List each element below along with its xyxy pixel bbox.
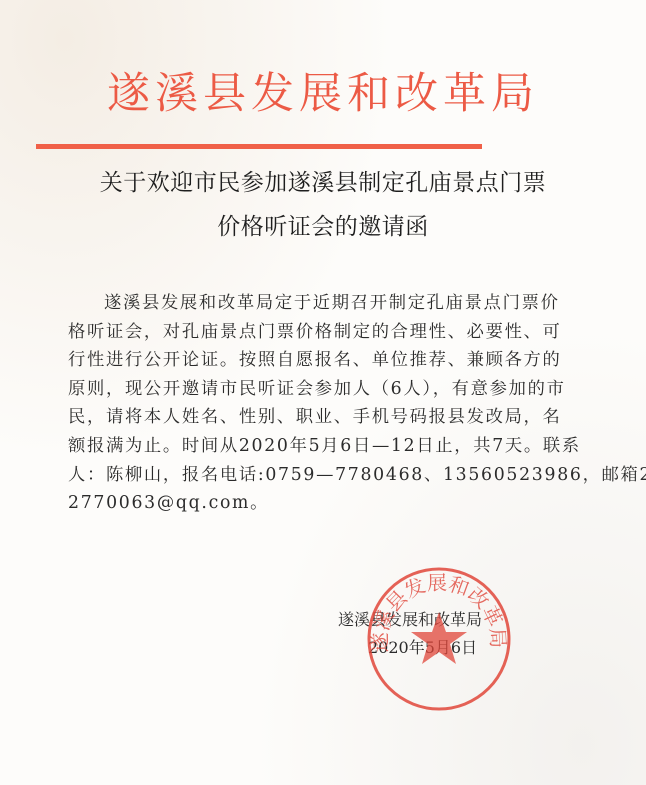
- body-line: 2770063@qq.com。: [68, 489, 538, 518]
- document-title-line-2: 价格听证会的邀请函: [0, 210, 646, 244]
- signature-block: 遂溪县发展和改革局 2020年5月6日: [338, 606, 482, 662]
- signature-org: 遂溪县发展和改革局: [338, 606, 482, 634]
- body-line: 人：陈柳山，报名电话:0759—7780468、13560523986，邮箱28…: [68, 461, 538, 490]
- body-line: 原则，现公开邀请市民听证会参加人（6人），有意参加的市: [68, 375, 538, 404]
- body-line: 行性进行公开论证。按照自愿报名、单位推荐、兼顾各方的: [68, 346, 538, 375]
- body-line: 遂溪县发展和改革局定于近期召开制定孔庙景点门票价: [68, 289, 538, 318]
- document-page: 遂溪县发展和改革局 关于欢迎市民参加遂溪县制定孔庙景点门票 价格听证会的邀请函 …: [0, 0, 646, 785]
- document-body: 遂溪县发展和改革局定于近期召开制定孔庙景点门票价 格听证会，对孔庙景点门票价格制…: [68, 289, 538, 518]
- body-line: 格听证会，对孔庙景点门票价格制定的合理性、必要性、可: [68, 318, 538, 347]
- document-title-line-1: 关于欢迎市民参加遂溪县制定孔庙景点门票: [0, 166, 646, 200]
- letterhead-divider: [36, 144, 482, 149]
- body-line: 额报满为止。时间从2020年5月6日—12日止，共7天。联系: [68, 432, 538, 461]
- body-line: 民，请将本人姓名、性别、职业、手机号码报县发改局，名: [68, 403, 538, 432]
- letterhead-title: 遂溪县发展和改革局: [0, 64, 646, 124]
- signature-date: 2020年5月6日: [338, 634, 482, 662]
